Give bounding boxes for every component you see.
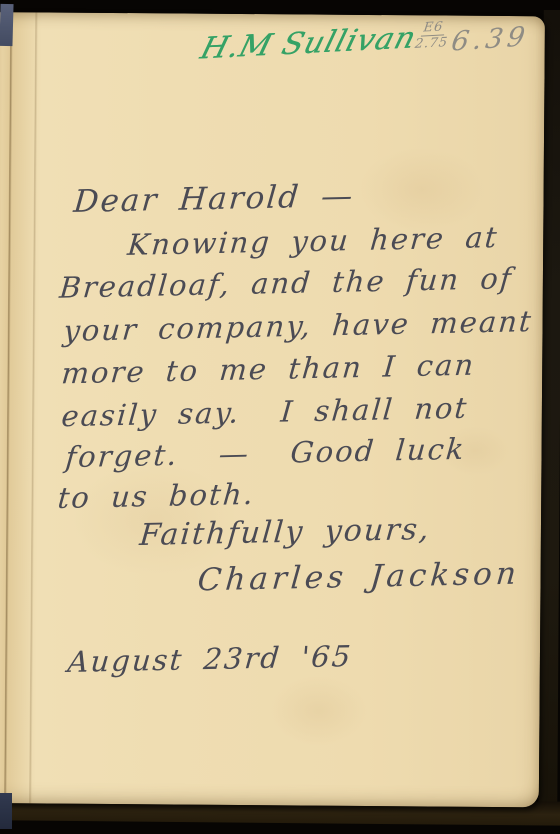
spine-cloth-top	[0, 4, 14, 46]
inscription-date: August 23rd '65	[66, 639, 353, 679]
inscription-line-salutation: Dear Harold —	[72, 178, 356, 220]
pencil-price: 6.39	[449, 21, 530, 57]
inscription-line: to us both.	[56, 477, 256, 515]
inscription-signature: Charles Jackson	[196, 556, 521, 599]
book-photo: H.M Sullivan E6 2.75 6.39 Dear Harold — …	[0, 0, 560, 834]
pencil-code-numerator: E6	[420, 19, 446, 36]
spine-cloth-bottom	[0, 793, 12, 829]
pencil-code: E6 2.75	[414, 19, 451, 52]
inscription-line-closing: Faithfully yours,	[138, 512, 432, 553]
pencil-code-denominator: 2.75	[414, 35, 449, 52]
